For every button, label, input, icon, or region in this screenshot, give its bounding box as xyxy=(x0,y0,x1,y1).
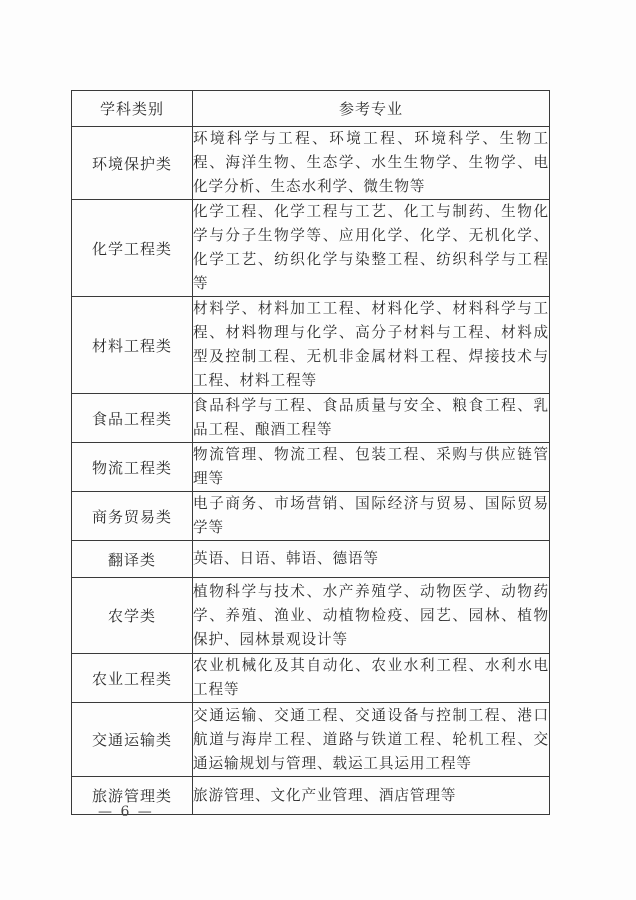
majors-cell: 交通运输、交通工程、交通设备与控制工程、港口航道与海岸工程、道路与铁道工程、轮机… xyxy=(193,703,550,777)
table-row: 化学工程类 化学工程、化学工程与工艺、化工与制药、生物化学与分子生物学等、应用化… xyxy=(72,200,550,297)
majors-cell: 农业机械化及其自动化、农业水利工程、水利水电工程等 xyxy=(193,654,550,703)
category-cell: 环境保护类 xyxy=(72,127,193,200)
majors-cell: 植物科学与技术、水产养殖学、动物医学、动物药学、养殖、渔业、动植物检疫、园艺、园… xyxy=(193,578,550,654)
majors-cell: 物流管理、物流工程、包装工程、采购与供应链管理等 xyxy=(193,443,550,492)
table-row: 材料工程类 材料学、材料加工工程、材料化学、材料科学与工程、材料物理与化学、高分… xyxy=(72,297,550,394)
header-majors: 参考专业 xyxy=(193,91,550,127)
category-cell: 交通运输类 xyxy=(72,703,193,777)
category-cell: 化学工程类 xyxy=(72,200,193,297)
majors-cell: 环境科学与工程、环境工程、环境科学、生物工程、海洋生物、生态学、水生生物学、生物… xyxy=(193,127,550,200)
header-category: 学科类别 xyxy=(72,91,193,127)
category-cell: 物流工程类 xyxy=(72,443,193,492)
majors-table: 学科类别 参考专业 环境保护类 环境科学与工程、环境工程、环境科学、生物工程、海… xyxy=(71,90,550,815)
majors-cell: 材料学、材料加工工程、材料化学、材料科学与工程、材料物理与化学、高分子材料与工程… xyxy=(193,297,550,394)
majors-cell: 化学工程、化学工程与工艺、化工与制药、生物化学与分子生物学等、应用化学、化学、无… xyxy=(193,200,550,297)
majors-cell: 旅游管理、文化产业管理、酒店管理等 xyxy=(193,777,550,815)
majors-cell: 英语、日语、韩语、德语等 xyxy=(193,541,550,578)
category-cell: 农业工程类 xyxy=(72,654,193,703)
table-row: 农学类 植物科学与技术、水产养殖学、动物医学、动物药学、养殖、渔业、动植物检疫、… xyxy=(72,578,550,654)
category-cell: 农学类 xyxy=(72,578,193,654)
category-cell: 商务贸易类 xyxy=(72,492,193,541)
table-header-row: 学科类别 参考专业 xyxy=(72,91,550,127)
table-row: 物流工程类 物流管理、物流工程、包装工程、采购与供应链管理等 xyxy=(72,443,550,492)
table-row: 食品工程类 食品科学与工程、食品质量与安全、粮食工程、乳品工程、酿酒工程等 xyxy=(72,394,550,443)
table-row: 商务贸易类 电子商务、市场营销、国际经济与贸易、国际贸易学等 xyxy=(72,492,550,541)
majors-cell: 食品科学与工程、食品质量与安全、粮食工程、乳品工程、酿酒工程等 xyxy=(193,394,550,443)
table-row: 环境保护类 环境科学与工程、环境工程、环境科学、生物工程、海洋生物、生态学、水生… xyxy=(72,127,550,200)
document-page: 学科类别 参考专业 环境保护类 环境科学与工程、环境工程、环境科学、生物工程、海… xyxy=(0,0,636,900)
table-row: 翻译类 英语、日语、韩语、德语等 xyxy=(72,541,550,578)
category-cell: 翻译类 xyxy=(72,541,193,578)
table-row: 交通运输类 交通运输、交通工程、交通设备与控制工程、港口航道与海岸工程、道路与铁… xyxy=(72,703,550,777)
majors-cell: 电子商务、市场营销、国际经济与贸易、国际贸易学等 xyxy=(193,492,550,541)
page-number: — 6 — xyxy=(98,804,154,820)
category-cell: 材料工程类 xyxy=(72,297,193,394)
category-cell: 食品工程类 xyxy=(72,394,193,443)
table-row: 农业工程类 农业机械化及其自动化、农业水利工程、水利水电工程等 xyxy=(72,654,550,703)
